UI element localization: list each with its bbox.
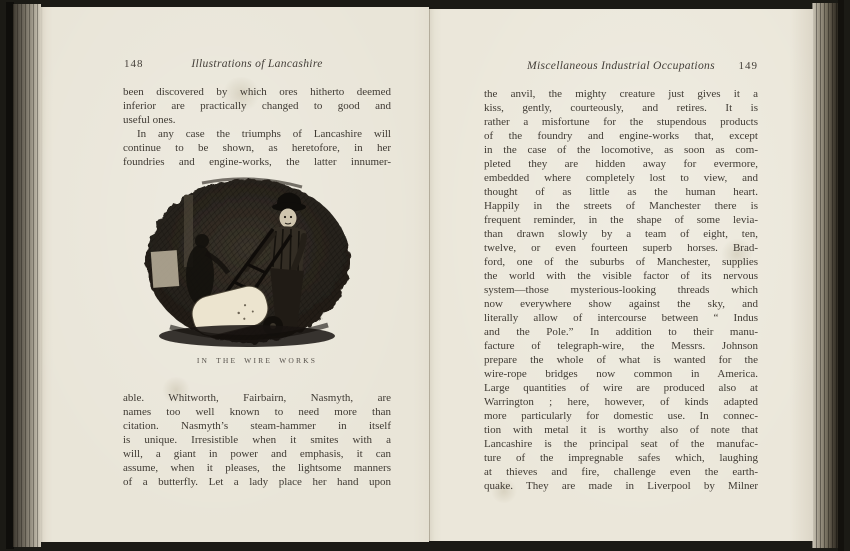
text-line: more particularly for domestic use. In c… [484, 409, 758, 423]
page-edges-left [13, 4, 41, 547]
text-line: and the Pole.” In addition to their manu… [484, 325, 758, 339]
text-line: assume, when it pleases, the lightsome m… [123, 461, 391, 475]
text-line: system—those mysterious-looking threads … [484, 283, 758, 297]
text-line: citation. Nasmyth’s steam-hammer in itse… [123, 419, 391, 433]
text-line: kiss, gently, courteously, and retires. … [484, 101, 758, 115]
text-line: than drawn slowly by a team of eight, te… [484, 227, 758, 241]
text-line: is unique. Irresistible when it smites w… [123, 433, 391, 447]
text-line: of a butterfly. Let a lady place her han… [123, 475, 391, 489]
running-title: Miscellaneous Industrial Occupations [484, 59, 758, 72]
text-line: embedded where completely lost to view, … [484, 171, 758, 185]
text-line: names too well known to need more than [123, 405, 391, 419]
text-line: In any case the triumphs of Lancashire w… [123, 127, 391, 141]
text-line: Large quantities of wire are produced al… [484, 381, 758, 395]
open-book-photo: 148 Illustrations of Lancashire been dis… [0, 0, 850, 551]
text-line: thought of as little as the human heart. [484, 185, 758, 199]
text-line: pleted they are hidden away for evermore… [484, 157, 758, 171]
text-line: tion with metal it is worthy also of not… [484, 423, 758, 437]
wire-works-illustration [142, 177, 357, 349]
text-line: rather a misfortune for the stupendous p… [484, 115, 758, 129]
page-number: 149 [739, 60, 759, 72]
text-line: Lancashire is the principal seat of the … [484, 437, 758, 451]
page-right: Miscellaneous Industrial Occupations 149… [429, 9, 813, 541]
text-line: useful ones. [123, 113, 391, 127]
text-line: Happily in the streets of Manchester the… [484, 199, 758, 213]
text-line: able. Whitworth, Fairbairn, Nasmyth, are [123, 391, 391, 405]
text-line: of the foundry and engine-works that, ex… [484, 129, 758, 143]
text-line: inferior are practically changed to good… [123, 99, 391, 113]
text-line: Warrington ; here, however, of kinds ada… [484, 395, 758, 409]
left-text-column: 148 Illustrations of Lancashire been dis… [123, 57, 391, 489]
page-edges-right [812, 3, 838, 548]
text-line: facture of telegraph-wire, the Messrs. J… [484, 339, 758, 353]
text-line: the anvil, the mighty creature just give… [484, 87, 758, 101]
text-line: foundries and engine-works, the latter i… [123, 155, 391, 169]
running-header-right: Miscellaneous Industrial Occupations 149 [484, 59, 758, 75]
body-text-upper: been discovered by which ores hitherto d… [123, 85, 391, 169]
text-line: continue to be shown, as heretofore, in … [123, 141, 391, 155]
text-line: now everywhere show against the sky, and [484, 297, 758, 311]
text-line: ford, one of the suburbs of Manchester, … [484, 255, 758, 269]
body-text-lower: able. Whitworth, Fairbairn, Nasmyth, are… [123, 391, 391, 489]
text-line: in the case of the locomotive, as soon a… [484, 143, 758, 157]
body-text: the anvil, the mighty creature just give… [484, 87, 758, 493]
book-cover-edge-right [838, 0, 844, 551]
text-line: quake. They are made in Liverpool by Mil… [484, 479, 758, 493]
text-line: prepare the whole of what is wanted for … [484, 353, 758, 367]
text-line: the world with the visible factor of its… [484, 269, 758, 283]
page-left: 148 Illustrations of Lancashire been dis… [41, 7, 429, 542]
illustration-caption: IN THE WIRE WORKS [123, 356, 391, 365]
text-line: at thieves and fire, challenge even the … [484, 465, 758, 479]
text-line: literally allow of intercourse between “… [484, 311, 758, 325]
engraving-vignette [142, 177, 357, 349]
page-number: 148 [124, 58, 144, 70]
running-title: Illustrations of Lancashire [123, 57, 391, 70]
text-line: twelve, or even fourteen superb horses. … [484, 241, 758, 255]
text-line: wire-rope bridges now common in America. [484, 367, 758, 381]
text-line: frequent reminder, in the shape of some … [484, 213, 758, 227]
running-header-left: 148 Illustrations of Lancashire [123, 57, 391, 73]
text-line: will, a giant in power and emphasis, it … [123, 447, 391, 461]
right-text-column: Miscellaneous Industrial Occupations 149… [484, 59, 758, 493]
text-line: ture of the impregnable safes which, lau… [484, 451, 758, 465]
text-line: been discovered by which ores hitherto d… [123, 85, 391, 99]
